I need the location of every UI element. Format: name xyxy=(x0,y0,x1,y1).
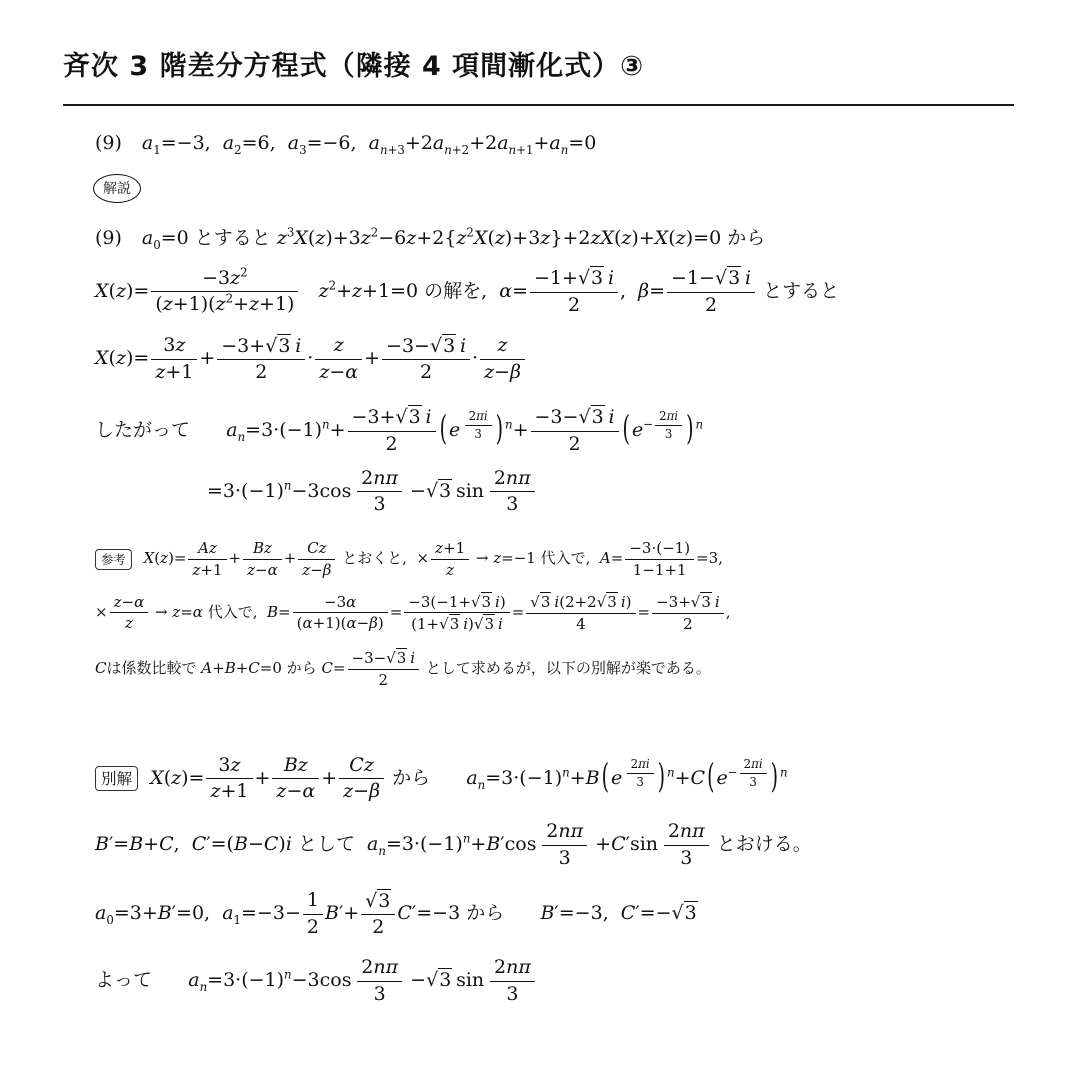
reference-line-1: 参考X(z)=Azz+1+Bzz−α+Czz−β とおくと, ×z+1z → z… xyxy=(95,539,1016,580)
solution-line-4-math: したがって an=3·(−1)n+−3+√3 i2(e 2πi3)n+−3−√3… xyxy=(95,419,703,441)
solution-line-3: X(z)=3zz+1+−3+√3 i2·zz−α+−3−√3 i2·zz−β xyxy=(95,334,1016,386)
alternative-line-3-math: a0=3+B′=0, a1=−3−12B′+√32C′=−3 から B′=−3,… xyxy=(95,902,698,924)
page-title: 斉次 3 階差分方程式（隣接 4 項間漸化式）③ xyxy=(63,44,1016,83)
alternative-line-3: a0=3+B′=0, a1=−3−12B′+√32C′=−3 から B′=−3,… xyxy=(95,889,1016,941)
alternative-line-4-math: よって an=3·(−1)n−3cos 2nπ3 −√3 sin 2nπ3 xyxy=(95,969,537,991)
reference-line-3-math: Cは係数比較で A+B+C=0 から C=−3−√3 i2 として求めるが，以下… xyxy=(95,659,711,677)
reference-line-2-math: ×z−αz → z=α 代入で, B=−3α(α+1)(α−β)=−3(−1+√… xyxy=(95,603,730,621)
alternative-line-2-math: B′=B+C, C′=(B−C)i として an=3·(−1)n+B′cos 2… xyxy=(95,833,812,855)
alternative-badge: 別解 xyxy=(95,766,138,791)
solution-line-1: (9)a0=0 とすると z3X(z)+3z2−6z+2{z2X(z)+3z}+… xyxy=(95,223,1016,250)
alternative-line-2: B′=B+C, C′=(B−C)i として an=3·(−1)n+B′cos 2… xyxy=(95,820,1016,871)
reference-line-2: ×z−αz → z=α 代入で, B=−3α(α+1)(α−β)=−3(−1+√… xyxy=(95,592,1016,635)
solution-line-3-math: X(z)=3zz+1+−3+√3 i2·zz−α+−3−√3 i2·zz−β xyxy=(95,347,527,369)
reference-line-1-math: X(z)=Azz+1+Bzz−α+Czz−β とおくと, ×z+1z → z=−… xyxy=(144,549,723,567)
solution-line-2-math: X(z)=−3z2(z+1)(z2+z+1) z2+z+1=0 の解を, α=−… xyxy=(95,280,839,302)
reference-badge: 参考 xyxy=(95,549,132,570)
kaisetsu-badge: 解説 xyxy=(93,174,141,203)
alternative-line-4: よって an=3·(−1)n−3cos 2nπ3 −√3 sin 2nπ3 xyxy=(95,956,1016,1007)
solution-line-1-label: (9) xyxy=(95,227,122,249)
kaisetsu-row: 解説 xyxy=(95,174,1016,203)
solution-line-2: X(z)=−3z2(z+1)(z2+z+1) z2+z+1=0 の解を, α=−… xyxy=(95,266,1016,318)
worksheet-content: (9)a1=−3, a2=6, a3=−6, an+3+2an+2+2an+1+… xyxy=(95,132,1016,1007)
problem-number: (9) xyxy=(95,132,122,154)
problem-line: (9)a1=−3, a2=6, a3=−6, an+3+2an+2+2an+1+… xyxy=(95,132,1016,154)
reference-line-3: Cは係数比較で A+B+C=0 から C=−3−√3 i2 として求めるが，以下… xyxy=(95,648,1016,690)
problem-equation: a1=−3, a2=6, a3=−6, an+3+2an+2+2an+1+an=… xyxy=(142,132,596,154)
alternative-line-1-math: X(z)=3zz+1+Bzz−α+Czz−β から an=3·(−1)n+B(e… xyxy=(150,767,787,789)
solution-line-4: したがって an=3·(−1)n+−3+√3 i2(e 2πi3)n+−3−√3… xyxy=(95,405,1016,457)
solution-line-5-math: =3·(−1)n−3cos 2nπ3 −√3 sin 2nπ3 xyxy=(207,480,537,502)
solution-line-5: =3·(−1)n−3cos 2nπ3 −√3 sin 2nπ3 xyxy=(207,467,1016,518)
title-divider xyxy=(63,104,1014,106)
alternative-line-1: 別解X(z)=3zz+1+Bzz−α+Czz−β から an=3·(−1)n+B… xyxy=(95,754,1016,805)
math-worksheet: { "header": { "title": "斉次 3 階差分方程式（隣接 4… xyxy=(0,0,1076,1088)
solution-line-1-math: a0=0 とすると z3X(z)+3z2−6z+2{z2X(z)+3z}+2zX… xyxy=(142,227,765,249)
